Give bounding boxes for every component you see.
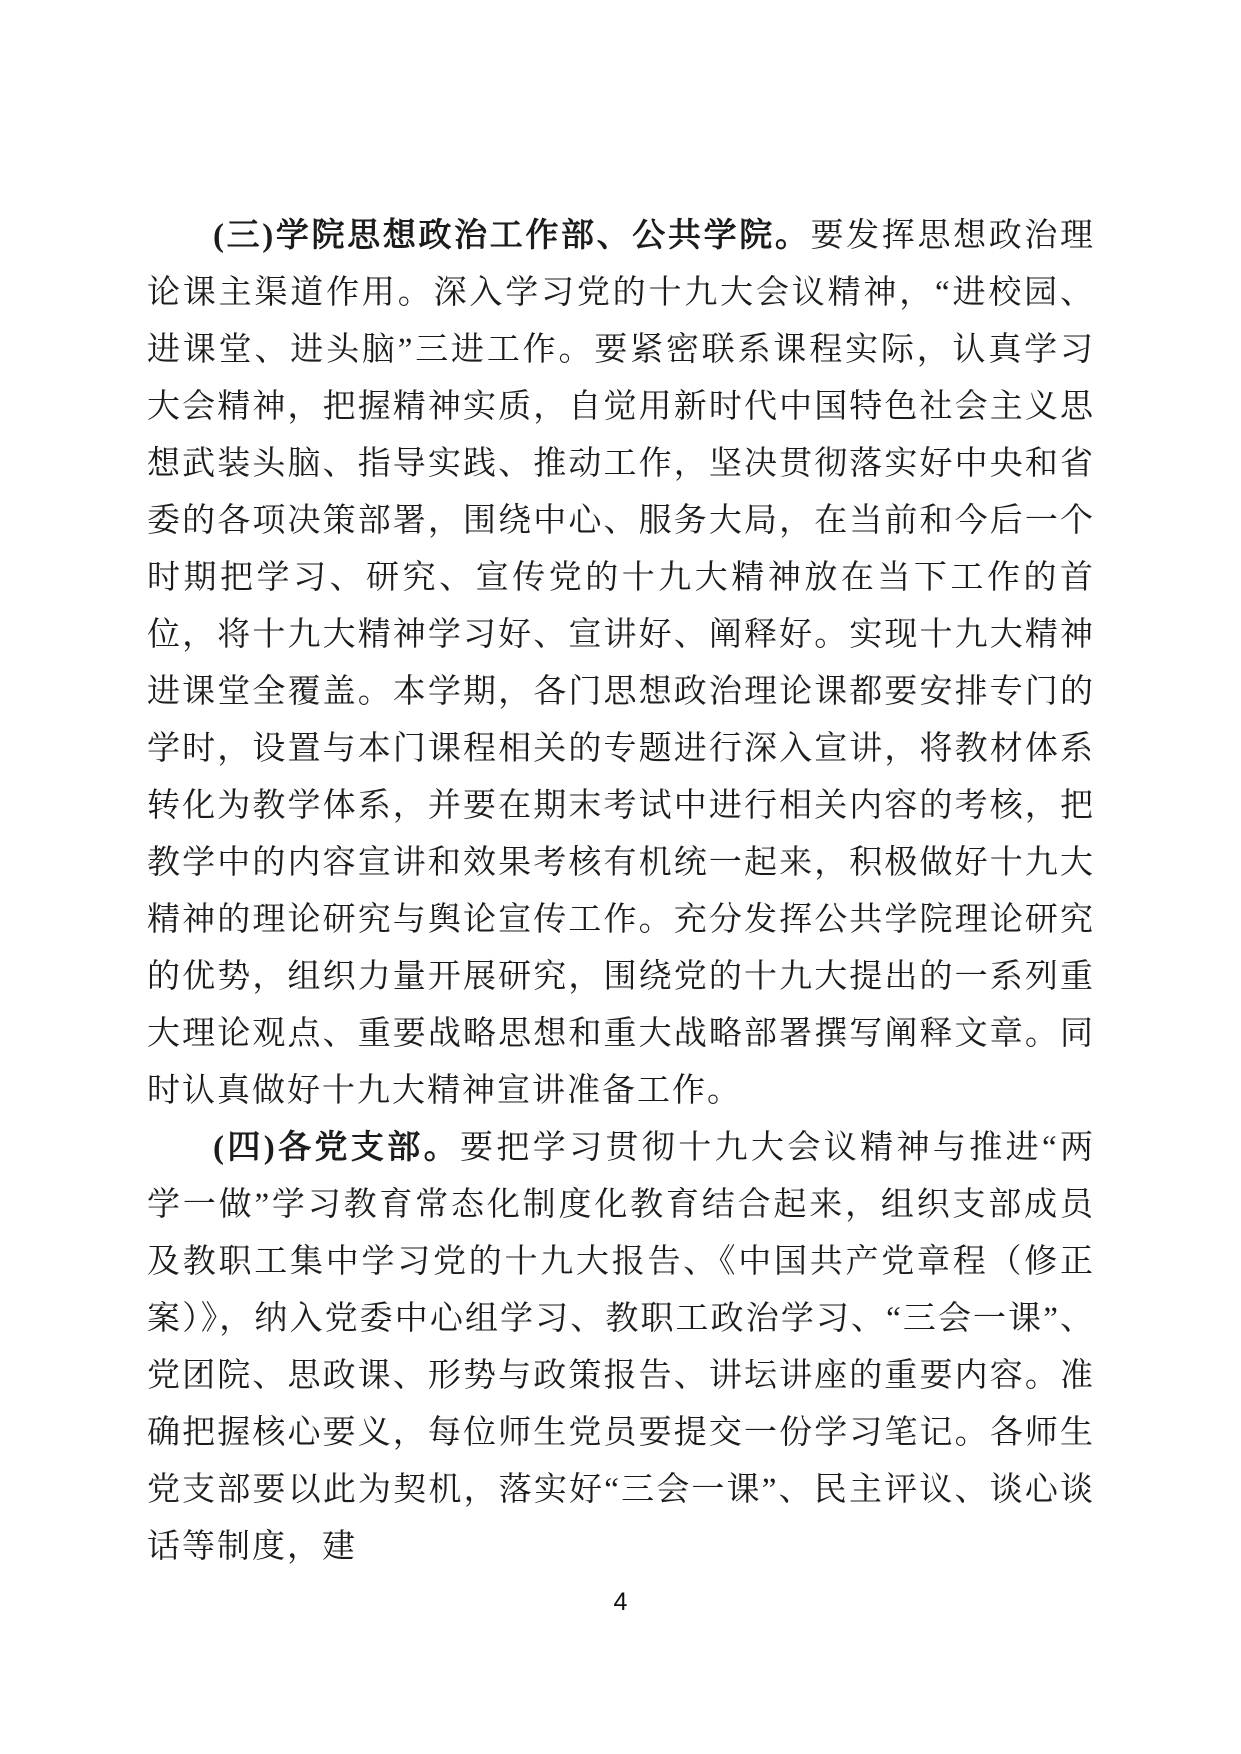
paragraph-section-3: (三)学院思想政治工作部、公共学院。要发挥思想政治理论课主渠道作用。深入学习党的… — [147, 208, 1095, 1120]
paragraph-heading: (四)各党支部。 — [213, 1130, 460, 1166]
paragraph-body: 要发挥思想政治理论课主渠道作用。深入学习党的十九大会议精神，“进校园、进课堂、进… — [147, 218, 1095, 1109]
page-number: 4 — [0, 1588, 1241, 1617]
document-body: (三)学院思想政治工作部、公共学院。要发挥思想政治理论课主渠道作用。深入学习党的… — [147, 208, 1095, 1576]
paragraph-body: 要把学习贯彻十九大会议精神与推进“两学一做”学习教育常态化制度化教育结合起来，组… — [147, 1130, 1095, 1565]
paragraph-heading: (三)学院思想政治工作部、公共学院。 — [213, 218, 811, 254]
paragraph-section-4: (四)各党支部。要把学习贯彻十九大会议精神与推进“两学一做”学习教育常态化制度化… — [147, 1120, 1095, 1576]
document-page: (三)学院思想政治工作部、公共学院。要发挥思想政治理论课主渠道作用。深入学习党的… — [0, 0, 1241, 1754]
